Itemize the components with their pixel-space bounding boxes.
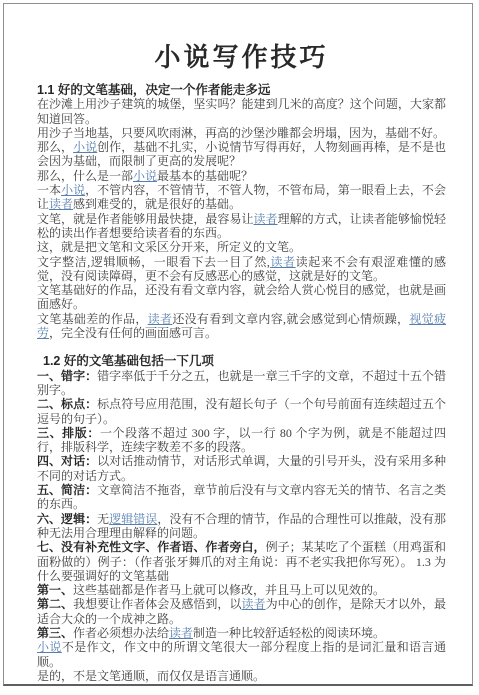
doc-title: 小说写作技巧 bbox=[37, 42, 446, 72]
paragraph: 一、错字：错字率低于千分之五，也就是一章三千字的文章，不超过十五个错别字。 bbox=[37, 369, 446, 398]
text-link[interactable]: 逻辑错误 bbox=[109, 512, 157, 526]
text-run: 文笔基础好的作品，还没有看文章内容，就会给人赏心悦目的感觉，也就是画面感好。 bbox=[37, 283, 446, 311]
text-run: 最基本的基础呢？ bbox=[157, 169, 253, 183]
text-run: 第三、 bbox=[37, 626, 73, 640]
text-run: 以对话推动情节，对话形式单调，大量的引号开头，没有采用多种不同的对话方式。 bbox=[37, 454, 446, 482]
text-run: 七、没有补充性文字、作者语、作者旁白， bbox=[37, 540, 266, 554]
text-run: 用沙子当地基，只要风吹雨淋，再高的沙堡沙雕都会坍塌，因为，基础不好。 bbox=[37, 126, 445, 140]
text-run: 那么，什么是一部 bbox=[37, 169, 133, 183]
text-run: 这，就是把文笔和文采区分开来，所定义的文笔。 bbox=[37, 240, 301, 254]
paragraph: 用沙子当地基，只要风吹雨淋，再高的沙堡沙雕都会坍塌，因为，基础不好。 bbox=[37, 126, 446, 140]
text-run: 无 bbox=[97, 512, 109, 526]
paragraph: 小说不是作文，作文中的所谓文笔很大一部分程度上指的是词汇量和语言通顺。 bbox=[37, 640, 446, 669]
paragraph: 六、逻辑：无逻辑错误，没有不合理的情节，作品的合理性可以推敲，没有那种无法用合理… bbox=[37, 512, 446, 541]
text-link[interactable]: 小说 bbox=[37, 640, 62, 654]
text-link[interactable]: 小说 bbox=[73, 140, 97, 154]
paragraph: 文笔基础差的作品，读者还没有看到文章内容,就会感觉到心情烦躁，视觉疲劳，完全没有… bbox=[37, 312, 446, 341]
paragraph: 五、简洁：文章简洁不拖沓，章节前后没有与文章内容无关的情节、名言之类的东西。 bbox=[37, 483, 446, 512]
text-run: 那么， bbox=[37, 140, 73, 154]
text-run: 这些基础都是作者马上就可以修改，并且马上可以见效的。 bbox=[73, 583, 385, 597]
paragraph: 第一、这些基础都是作者马上就可以修改，并且马上可以见效的。 bbox=[37, 583, 446, 597]
text-run: 二、标点： bbox=[37, 397, 97, 411]
text-run: 1.1 好的文笔基础，决定一个作者能走多远 bbox=[37, 83, 270, 97]
text-link[interactable]: 小说 bbox=[61, 183, 85, 197]
text-run: ，完全没有任何的画面感可言。 bbox=[49, 326, 217, 340]
text-run: 四、对话： bbox=[37, 454, 97, 468]
text-link[interactable]: 读者 bbox=[270, 255, 296, 269]
paragraph: 第三、作者必须想办法给读者制造一种比较舒适轻松的阅读环境。 bbox=[37, 626, 446, 640]
text-link[interactable]: 读者 bbox=[148, 312, 173, 326]
text-run: 五、简洁： bbox=[37, 483, 97, 497]
paragraph: 第二、我想要让作者体会及感悟到，以读者为中心的创作，是除天才以外，最适合大众的一… bbox=[37, 597, 446, 626]
text-link[interactable]: 小说 bbox=[133, 169, 157, 183]
text-run: 标点符号应用范围，没有超长句子（一个句号前面有连续超过五个逗号的句子）。 bbox=[37, 397, 446, 425]
text-run: 三、排版： bbox=[37, 426, 100, 440]
paragraph: 文字整洁,逻辑顺畅，一眼看下去一目了然,读者读起来不会有艰涩难懂的感觉，没有阅读… bbox=[37, 255, 446, 284]
document-page: 小说写作技巧 1.1 好的文笔基础，决定一个作者能走多远在沙滩上用沙子建筑的城堡… bbox=[3, 3, 473, 686]
text-run: 感到难受的，就是很好的基础。 bbox=[73, 197, 241, 211]
text-run: 第一、 bbox=[37, 583, 73, 597]
paragraph: 三、排版：一个段落不超过 300 字，以一行 80 个字为例，就是不能超过四行，… bbox=[37, 426, 446, 455]
text-run: 文章简洁不拖沓，章节前后没有与文章内容无关的情节、名言之类的东西。 bbox=[37, 483, 446, 511]
text-link[interactable]: 读者 bbox=[242, 597, 266, 611]
text-run: 创作，基础不扎实，小说情节写得再好，人物刻画再棒，是不是也会因为基础，而限制了更… bbox=[37, 140, 446, 168]
text-run: 文笔基础差的作品， bbox=[37, 312, 148, 326]
paragraph: 二、标点：标点符号应用范围，没有超长句子（一个句号前面有连续超过五个逗号的句子）… bbox=[37, 397, 446, 426]
text-run: 文字整洁,逻辑顺畅，一眼看下去一目了然, bbox=[37, 255, 270, 269]
text-run: 我想要让作者体会及感悟到，以 bbox=[73, 597, 241, 611]
text-link[interactable]: 读者 bbox=[169, 626, 193, 640]
paragraph: 文笔基础好的作品，还没有看文章内容，就会给人赏心悦目的感觉，也就是画面感好。 bbox=[37, 283, 446, 312]
text-run: 六、逻辑： bbox=[37, 512, 97, 526]
text-run: 是的，不是文笔通顺，而仅仅是语言通顺。 bbox=[37, 669, 265, 683]
paragraph: 那么，小说创作，基础不扎实，小说情节写得再好，人物刻画再棒，是不是也会因为基础，… bbox=[37, 140, 446, 169]
section-heading: 1.1 好的文笔基础，决定一个作者能走多远 bbox=[37, 83, 446, 97]
text-run: 不是作文，作文中的所谓文笔很大一部分程度上指的是词汇量和语言通顺。 bbox=[37, 640, 446, 668]
paragraph: 一本小说，不管内容，不管情节，不管人物，不管布局，第一眼看上去，不会让读者感到难… bbox=[37, 183, 446, 212]
paragraph: 七、没有补充性文字、作者语、作者旁白，例子；某某吃了个蛋糕（用鸡蛋和面粉做的）例… bbox=[37, 540, 446, 583]
text-run: 1.2 好的文笔基础包括一下几项 bbox=[43, 354, 214, 368]
text-link[interactable]: 读者 bbox=[254, 212, 278, 226]
text-run: 在沙滩上用沙子建筑的城堡，坚实吗？能建到几米的高度？这个问题，大家都知道回答。 bbox=[37, 97, 446, 125]
text-run: 还没有看到文章内容,就会感觉到心情烦躁， bbox=[172, 312, 409, 326]
text-run: 第二、 bbox=[37, 597, 73, 611]
text-run: 错字率低于千分之五，也就是一章三千字的文章，不超过十五个错别字。 bbox=[37, 369, 446, 397]
paragraph: 文笔，就是作者能够用最快捷，最容易让读者理解的方式，让读者能够愉悦轻松的读出作者… bbox=[37, 212, 446, 241]
paragraph: 在沙滩上用沙子建筑的城堡，坚实吗？能建到几米的高度？这个问题，大家都知道回答。 bbox=[37, 97, 446, 126]
text-run: 制造一种比较舒适轻松的阅读环境。 bbox=[193, 626, 385, 640]
text-link[interactable]: 读者 bbox=[49, 197, 73, 211]
text-run: 一、错字： bbox=[37, 369, 97, 383]
document-body: 小说写作技巧 1.1 好的文笔基础，决定一个作者能走多远在沙滩上用沙子建筑的城堡… bbox=[37, 42, 446, 683]
text-run: 作者必须想办法给 bbox=[73, 626, 169, 640]
paragraph: 那么，什么是一部小说最基本的基础呢？ bbox=[37, 169, 446, 183]
document-content: 1.1 好的文笔基础，决定一个作者能走多远在沙滩上用沙子建筑的城堡，坚实吗？能建… bbox=[37, 83, 446, 683]
section-heading: 1.2 好的文笔基础包括一下几项 bbox=[37, 354, 446, 368]
text-run: 一本 bbox=[37, 183, 61, 197]
text-run: 文笔，就是作者能够用最快捷，最容易让 bbox=[37, 212, 254, 226]
paragraph: 这，就是把文笔和文采区分开来，所定义的文笔。 bbox=[37, 240, 446, 254]
paragraph: 是的，不是文笔通顺，而仅仅是语言通顺。 bbox=[37, 669, 446, 683]
paragraph: 四、对话：以对话推动情节，对话形式单调，大量的引号开头，没有采用多种不同的对话方… bbox=[37, 454, 446, 483]
